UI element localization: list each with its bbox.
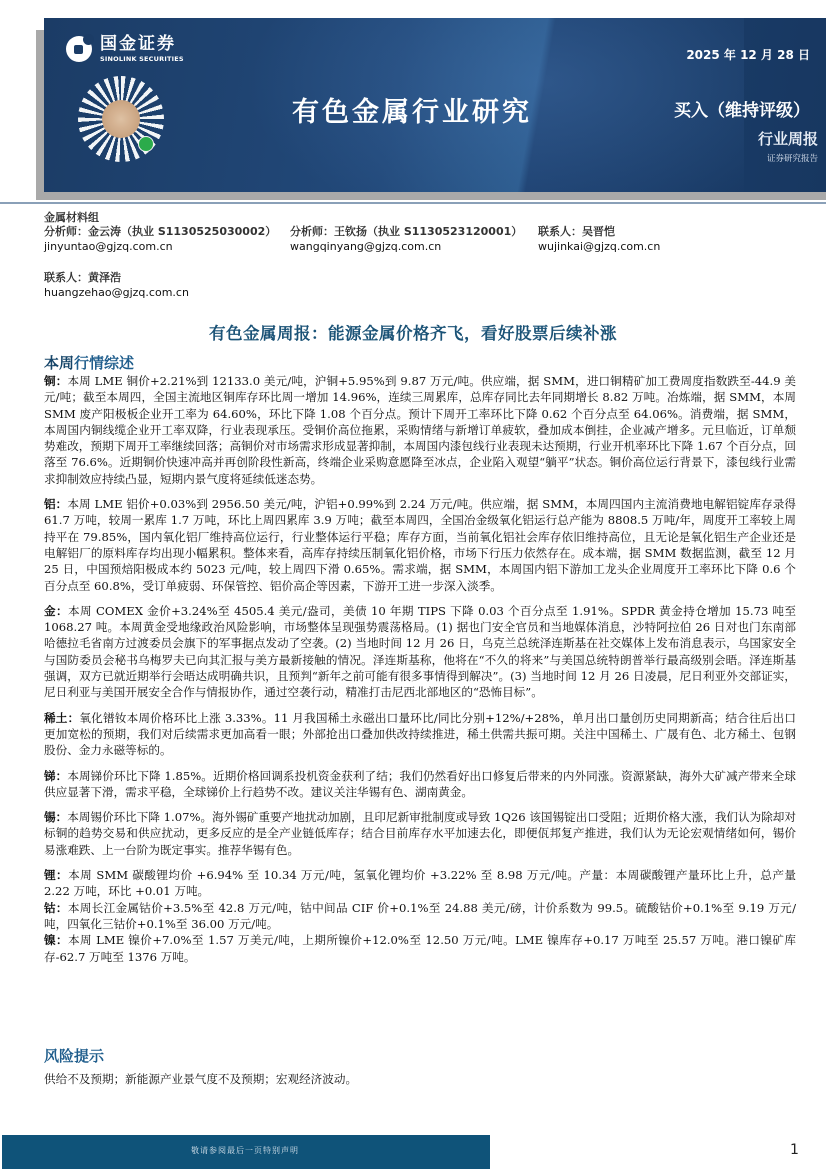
paragraph-text: 本周锑价环比下降 1.85%。近期价格回调系投机资金获利了结；我们仍然看好出口修… [44, 769, 796, 799]
paragraph-tin: 锡：本周锡价环比下降 1.07%。海外锡矿重要产地扰动加剧，且印尼新审批制度或导… [44, 809, 796, 858]
weekly-review-body: 铜：本周 LME 铜价+2.21%到 12133.0 美元/吨，沪铜+5.95%… [44, 373, 796, 965]
contact-email[interactable]: huangzehao@gjzq.com.cn [44, 285, 290, 300]
paragraph-text: 氧化镨钕本周价格环比上涨 3.33%。11 月我国稀土永磁出口量环比/同比分别+… [44, 711, 796, 758]
contact-email[interactable]: wujinkai@gjzq.com.cn [538, 239, 758, 254]
report-banner: 国金证券 SINOLINK SECURITIES 有色金属行业研究 2025 年… [44, 18, 826, 192]
mini-program-qr-code[interactable] [78, 76, 164, 162]
paragraph-text: 本周 LME 铝价+0.03%到 2956.50 美元/吨，沪铝+0.99%到 … [44, 497, 796, 592]
author-email[interactable]: wangqinyang@gjzq.com.cn [290, 239, 538, 254]
heading-part: 本周 [44, 354, 74, 372]
paragraph-text: 本周 LME 铜价+2.21%到 12133.0 美元/吨，沪铜+5.95%到 … [44, 374, 796, 486]
risk-text: 供给不及预期；新能源产业景气度不及预期；宏观经济波动。 [44, 1071, 357, 1087]
paragraph-rare-earth: 稀土：氧化镨钕本周价格环比上涨 3.33%。11 月我国稀土永磁出口量环比/同比… [44, 710, 796, 759]
paragraph-nickel: 镍：本周 LME 镍价+7.0%至 1.57 万美元/吨，上期所镍价+12.0%… [44, 932, 796, 965]
heading-part: 行情综述 [74, 354, 134, 372]
page-number: 1 [790, 1142, 799, 1158]
paragraph-copper: 铜：本周 LME 铜价+2.21%到 12133.0 美元/吨，沪铜+5.95%… [44, 373, 796, 487]
paragraph-gold: 金：本周 COMEX 金价+3.24%至 4505.4 美元/盎司，美债 10 … [44, 603, 796, 701]
logo-name-cn: 国金证券 [100, 36, 184, 53]
metal-label: 稀土： [44, 711, 79, 725]
metal-label: 铝： [44, 497, 67, 511]
author-name: 分析师：王钦扬（执业 S1130523120001） [290, 224, 538, 239]
mini-program-badge-icon [138, 136, 154, 152]
metal-label: 锡： [44, 810, 67, 824]
paragraph-antimony: 锑：本周锑价环比下降 1.85%。近期价格回调系投机资金获利了结；我们仍然看好出… [44, 768, 796, 801]
paragraph-text: 本周 LME 镍价+7.0%至 1.57 万美元/吨，上期所镍价+12.0%至 … [44, 933, 796, 963]
paragraph-text: 本周 COMEX 金价+3.24%至 4505.4 美元/盎司，美债 10 年期… [44, 604, 796, 699]
paragraph-text: 本周长江金属钴价+3.5%至 42.8 万元/吨，钴中间品 CIF 价+0.1%… [44, 901, 796, 931]
section-heading-risk: 风险提示 [44, 1045, 104, 1066]
contact-name: 联系人：吴晋恺 [538, 224, 758, 239]
metal-label: 锂： [44, 868, 68, 882]
metal-label: 铜： [44, 374, 67, 388]
paragraph-aluminum: 铝：本周 LME 铝价+0.03%到 2956.50 美元/吨，沪铝+0.99%… [44, 496, 796, 594]
metal-label: 镍： [44, 933, 68, 947]
author-block: 金属材料组 分析师：金云涛（执业 S1130525030002） 分析师：王钦扬… [44, 209, 758, 300]
company-logo: 国金证券 SINOLINK SECURITIES [66, 36, 184, 63]
team-name: 金属材料组 [44, 209, 758, 224]
metal-label: 金： [44, 604, 68, 618]
logo-name-en: SINOLINK SECURITIES [100, 56, 184, 63]
section-heading-weekly-review: 本周行情综述 [44, 352, 134, 373]
author-name: 分析师：金云涛（执业 S1130525030002） [44, 224, 290, 239]
banner-title: 有色金属行业研究 [292, 90, 532, 129]
paragraph-text: 本周锡价环比下降 1.07%。海外锡矿重要产地扰动加剧，且印尼新审批制度或导致 … [44, 810, 796, 857]
report-type: 行业周报 [758, 128, 818, 149]
document-title: 有色金属周报：能源金属价格齐飞，看好股票后续补涨 [0, 320, 826, 344]
paragraph-cobalt: 钴：本周长江金属钴价+3.5%至 42.8 万元/吨，钴中间品 CIF 价+0.… [44, 900, 796, 933]
report-category: 证券研究报告 [767, 152, 818, 164]
qr-center-logo-icon [102, 100, 140, 138]
author-email[interactable]: jinyuntao@gjzq.com.cn [44, 239, 290, 254]
paragraph-lithium: 锂：本周 SMM 碳酸锂均价 +6.94% 至 10.34 万元/吨，氢氧化锂均… [44, 867, 796, 900]
report-date: 2025 年 12 月 28 日 [686, 46, 810, 63]
logo-mark-icon [66, 36, 92, 62]
footer-disclaimer[interactable]: 敬请参阅最后一页特别声明 [0, 1145, 490, 1156]
investment-rating: 买入（维持评级） [674, 96, 810, 121]
paragraph-text: 本周 SMM 碳酸锂均价 +6.94% 至 10.34 万元/吨，氢氧化锂均价 … [44, 868, 796, 898]
metal-label: 钴： [44, 901, 68, 915]
contact-name: 联系人：黄泽浩 [44, 270, 290, 285]
metal-label: 锑： [44, 769, 67, 783]
header-divider [0, 202, 826, 204]
